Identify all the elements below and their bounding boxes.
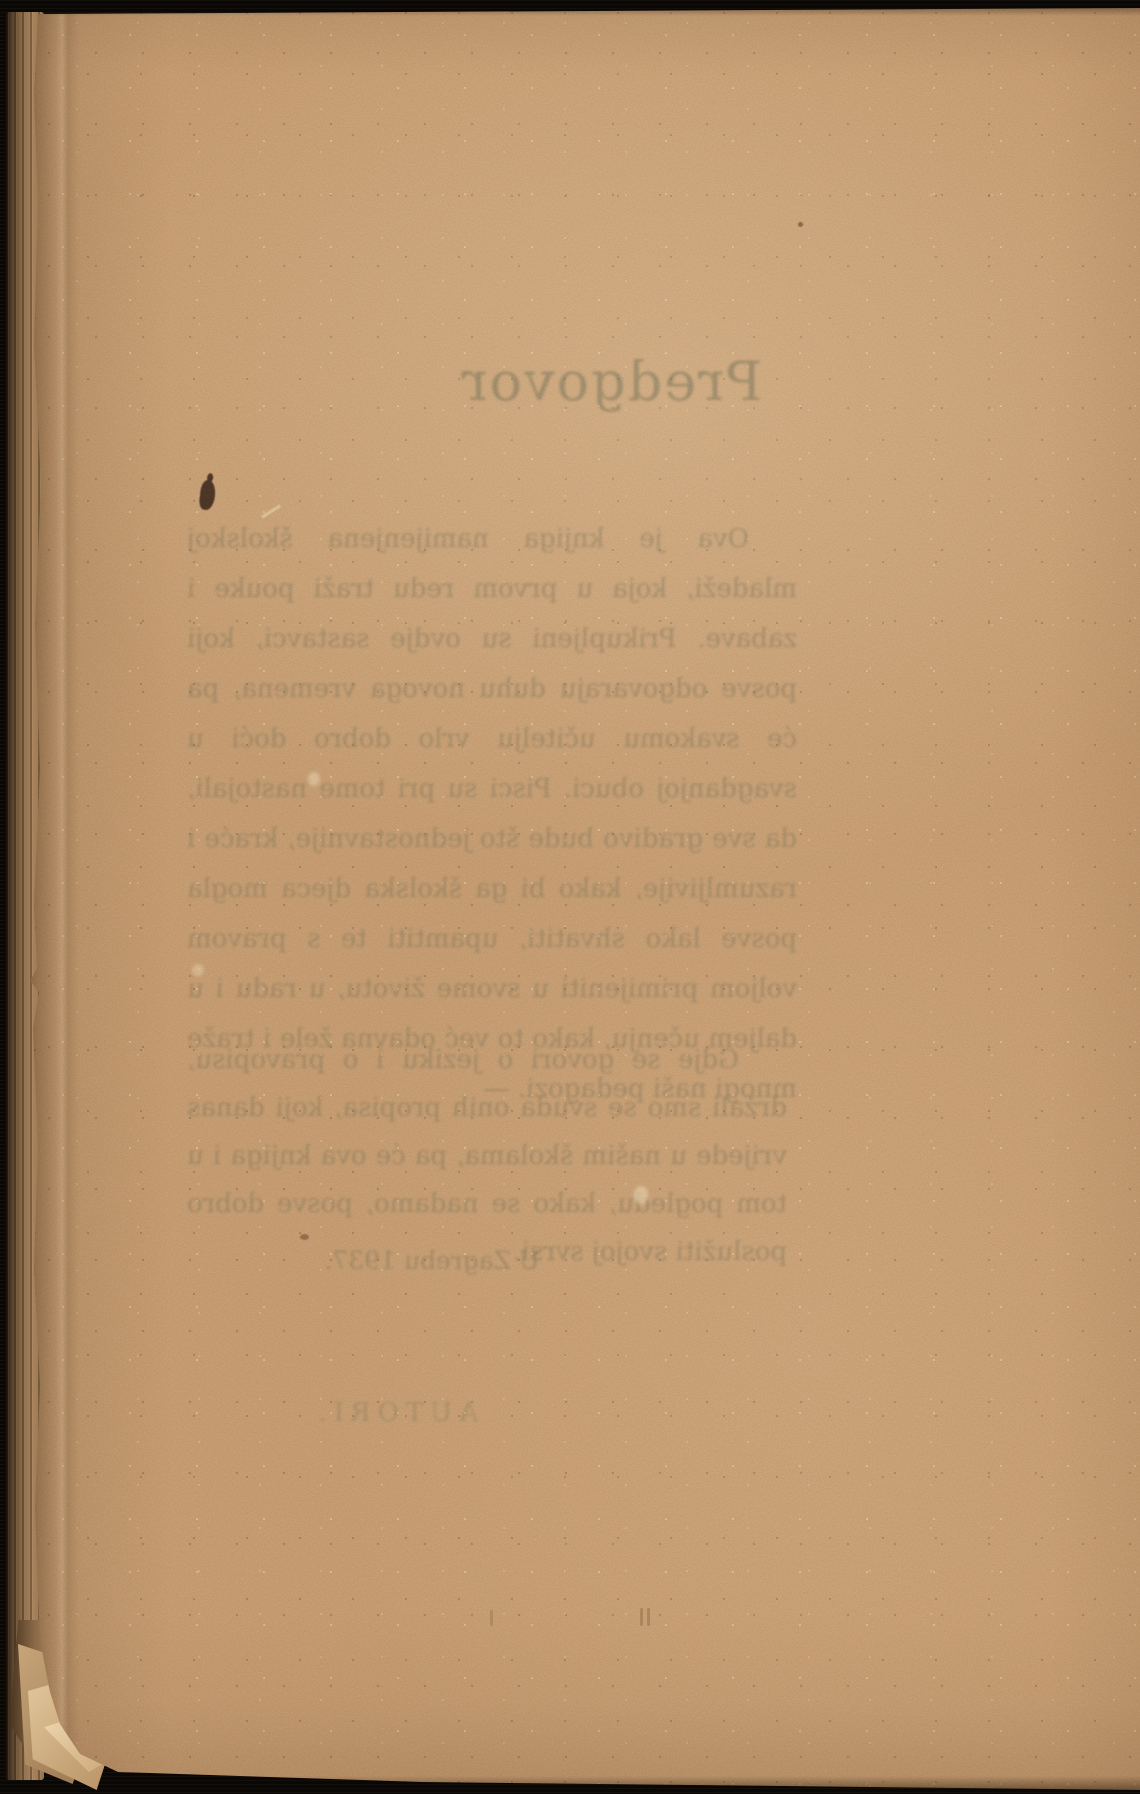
showthrough-paragraph-2: Gdje se govori o jeziku i o pravopisu, d…: [187, 1036, 787, 1276]
bottom-edge-shadow: [22, 1776, 1140, 1790]
ink-spot: [198, 479, 217, 511]
light-blemish: [192, 964, 204, 976]
light-blemish: [634, 1186, 648, 1204]
showthrough-title: Predgovor: [420, 350, 802, 420]
faint-tick-marks: [640, 1608, 652, 1626]
faint-tick-mark: [490, 1610, 493, 1626]
showthrough-signature: AUTORI.: [288, 1398, 478, 1428]
showthrough-date-line: U Zagrebu 1937.: [340, 1246, 540, 1275]
light-blemish: [308, 772, 320, 786]
showthrough-paragraph-1: Ova je knjiga namijenjena školskoj mlade…: [187, 514, 797, 1114]
dark-speck: [798, 222, 803, 227]
dark-fleck: [300, 1234, 309, 1240]
book-scan: Predgovor Ova je knjiga namijenjena škol…: [0, 0, 1140, 1794]
blank-verso-page: Predgovor Ova je knjiga namijenjena škol…: [22, 6, 1140, 1790]
top-edge-shadow: [22, 6, 1140, 16]
